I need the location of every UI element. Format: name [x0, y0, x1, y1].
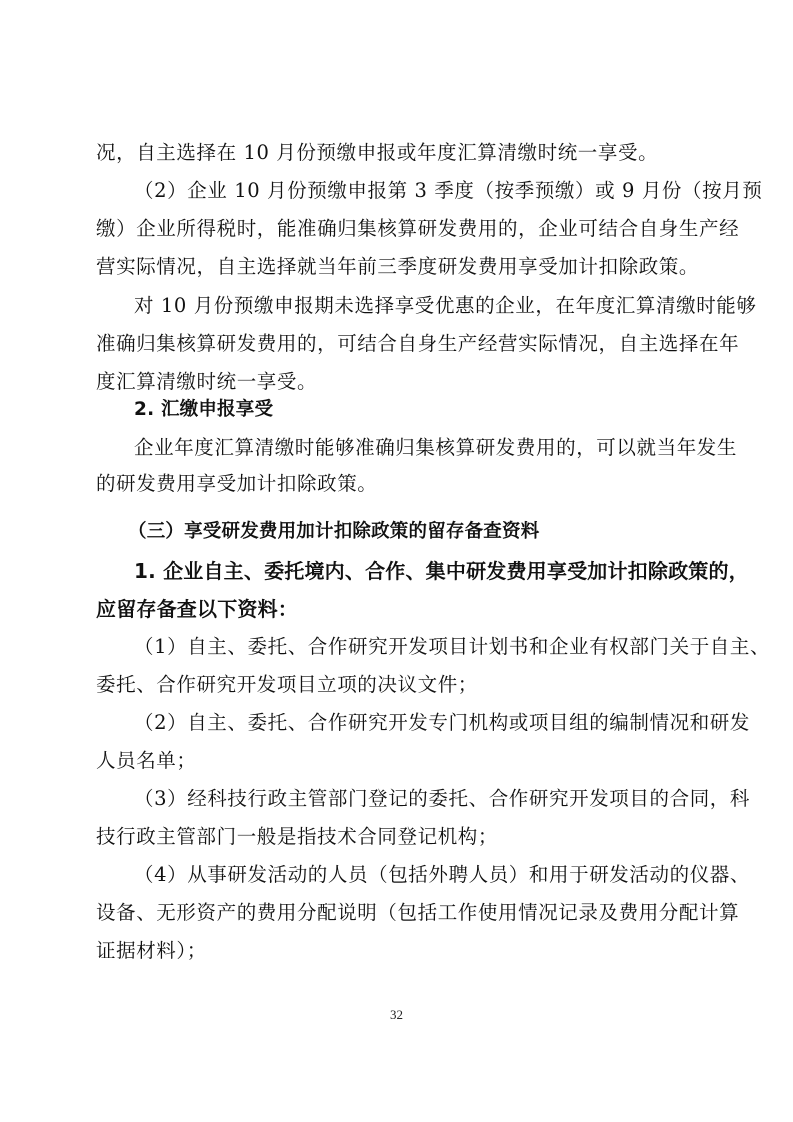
list-heading-line-2: 应留存备查以下资料： — [96, 597, 696, 621]
list-item-4-line-3: 证据材料）； — [96, 939, 696, 963]
list-item-1-line-2: 委托、合作研究开发项目立项的决议文件； — [96, 673, 696, 697]
paragraph-line: 度汇算清缴时统一享受。 — [96, 370, 696, 394]
paragraph-line: 对 10 月份预缴申报期未选择享受优惠的企业，在年度汇算清缴时能够 — [134, 294, 696, 318]
list-item-3-line-2: 技行政主管部门一般是指技术合同登记机构； — [96, 825, 696, 849]
paragraph-line: 况，自主选择在 10 月份预缴申报或年度汇算清缴时统一享受。 — [96, 141, 696, 165]
paragraph-line: 企业年度汇算清缴时能够准确归集核算研发费用的，可以就当年发生 — [134, 436, 696, 460]
paragraph-line: 营实际情况，自主选择就当年前三季度研发费用享受加计扣除政策。 — [96, 255, 696, 279]
paragraph-line: 的研发费用享受加计扣除政策。 — [96, 472, 696, 496]
paragraph-line: 缴）企业所得税时，能准确归集核算研发费用的，企业可结合自身生产经 — [96, 217, 696, 241]
page-number: 32 — [0, 1007, 793, 1023]
list-item-3-line-1: （3）经科技行政主管部门登记的委托、合作研究开发项目的合同，科 — [134, 787, 696, 811]
list-heading-line-1: 1. 企业自主、委托境内、合作、集中研发费用享受加计扣除政策的， — [134, 559, 696, 583]
list-item-4-line-2: 设备、无形资产的费用分配说明（包括工作使用情况记录及费用分配计算 — [96, 901, 696, 925]
list-item-2-line-1: （2）自主、委托、合作研究开发专门机构或项目组的编制情况和研发 — [134, 711, 696, 735]
list-item-2-line-2: 人员名单； — [96, 749, 696, 773]
list-item-4-line-1: （4）从事研发活动的人员（包括外聘人员）和用于研发活动的仪器、 — [134, 863, 696, 887]
paragraph-line: （2）企业 10 月份预缴申报第 3 季度（按季预缴）或 9 月份（按月预 — [134, 179, 696, 203]
section-heading: （三）享受研发费用加计扣除政策的留存备查资料 — [128, 520, 688, 544]
document-page: 况，自主选择在 10 月份预缴申报或年度汇算清缴时统一享受。 （2）企业 10 … — [0, 0, 793, 1122]
paragraph-line: 准确归集核算研发费用的，可结合自身生产经营实际情况，自主选择在年 — [96, 332, 696, 356]
subsection-heading: 2. 汇缴申报享受 — [134, 398, 696, 422]
list-item-1-line-1: （1）自主、委托、合作研究开发项目计划书和企业有权部门关于自主、 — [134, 635, 696, 659]
